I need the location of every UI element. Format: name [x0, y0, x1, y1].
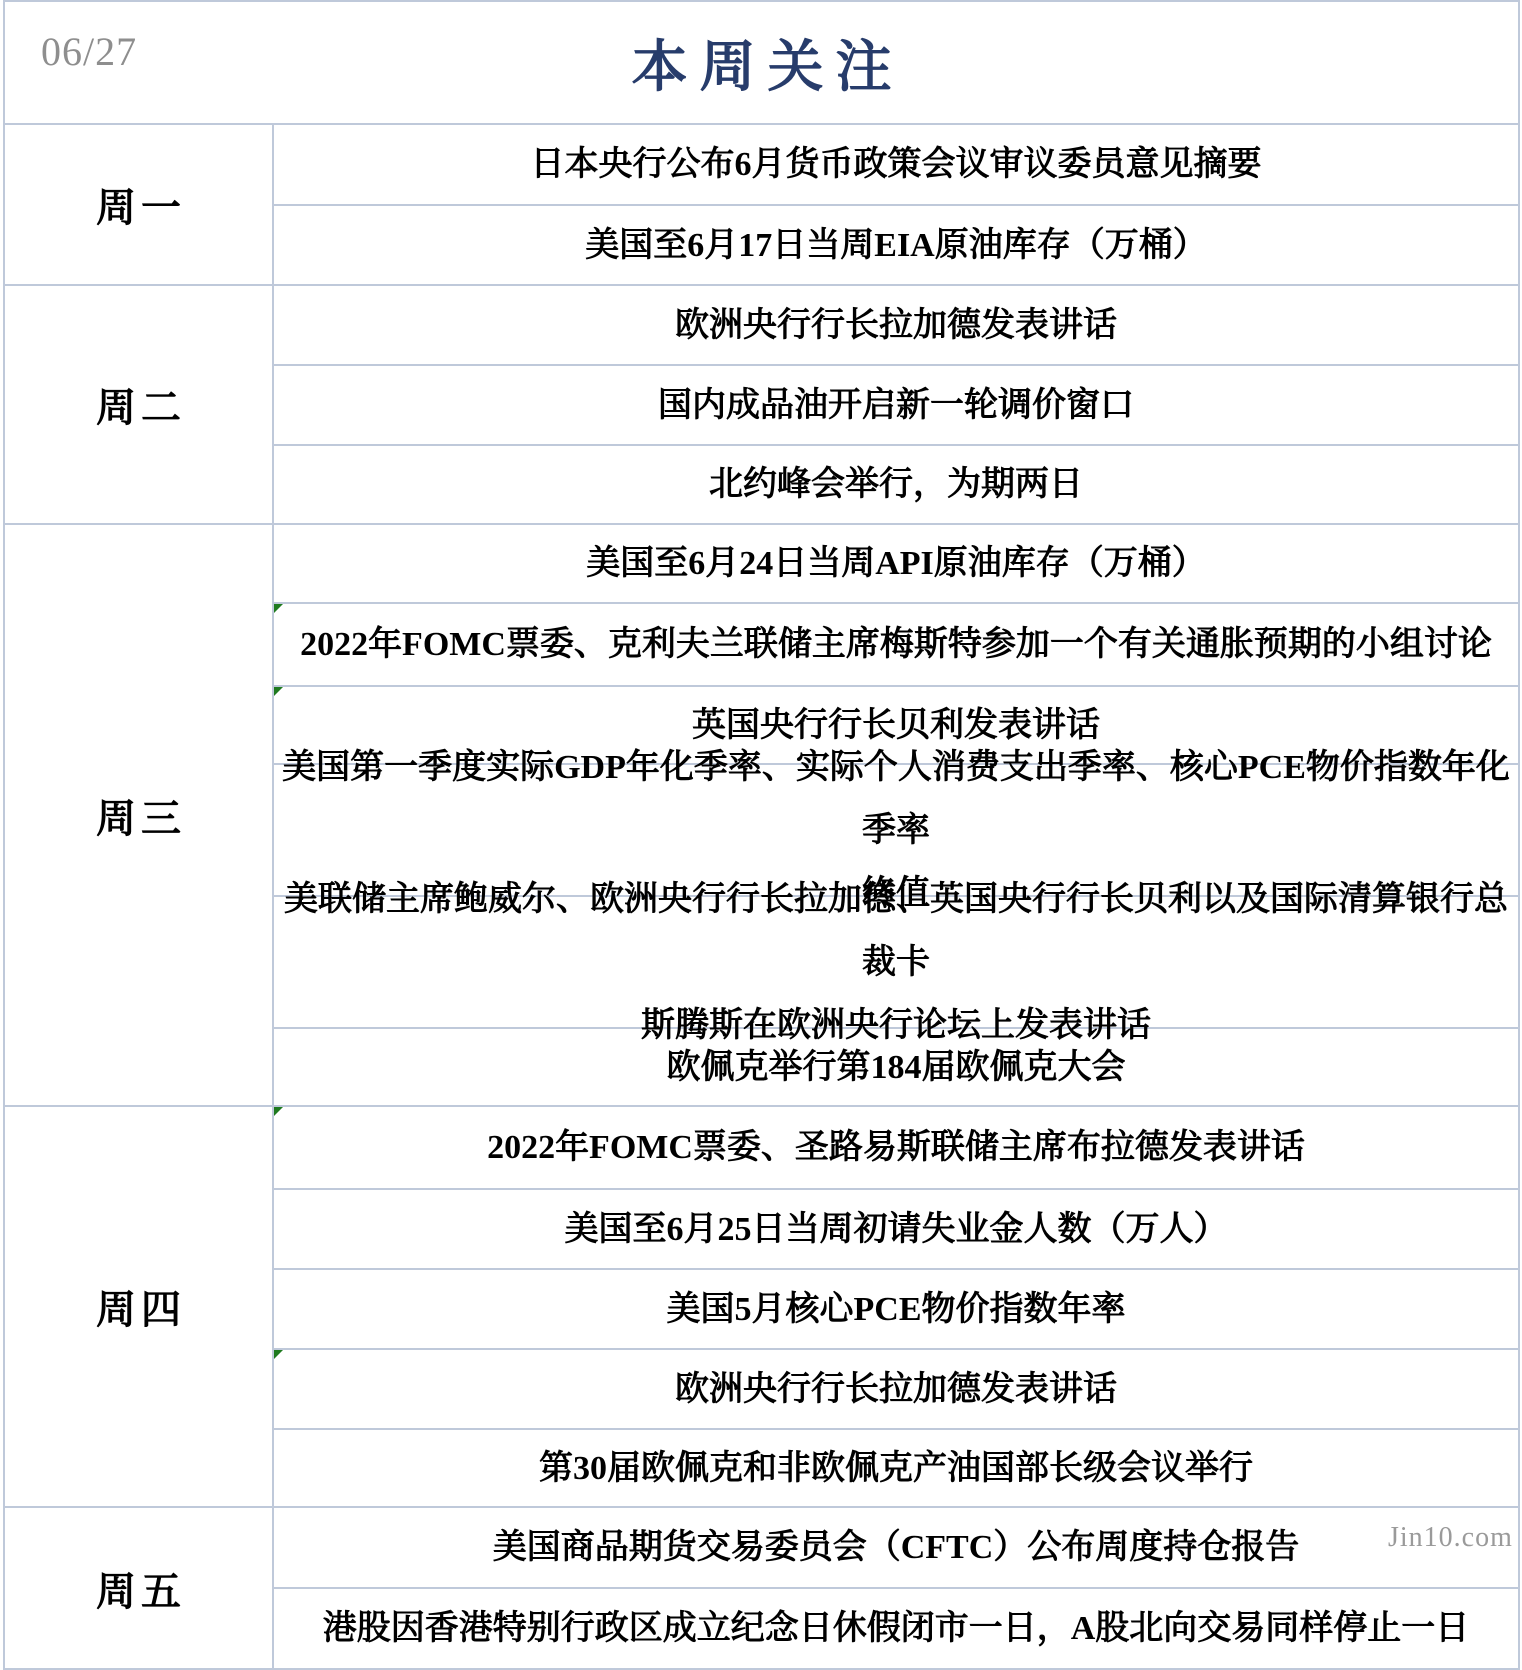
event-cell: 美国商品期货交易委员会（CFTC）公布周度持仓报告 [274, 1508, 1518, 1589]
day-events: 美国商品期货交易委员会（CFTC）公布周度持仓报告港股因香港特别行政区成立纪念日… [274, 1508, 1518, 1668]
event-text: 北约峰会举行，为期两日 [709, 453, 1083, 516]
event-cell: 日本央行公布6月货币政策会议审议委员意见摘要 [274, 125, 1518, 206]
event-text: 2022年FOMC票委、克利夫兰联储主席梅斯特参加一个有关通胀预期的小组讨论 [300, 613, 1492, 676]
day-events: 日本央行公布6月货币政策会议审议委员意见摘要美国至6月17日当周EIA原油库存（… [274, 125, 1518, 284]
event-text: 美国至6月24日当周API原油库存（万桶） [586, 532, 1206, 595]
day-label: 周三 [5, 525, 274, 1105]
event-text: 美国至6月25日当周初请失业金人数（万人） [565, 1198, 1228, 1261]
event-text: 第30届欧佩克和非欧佩克产油国部长级会议举行 [539, 1437, 1253, 1500]
day-row: 周二欧洲央行行长拉加德发表讲话国内成品油开启新一轮调价窗口北约峰会举行，为期两日 [5, 286, 1518, 525]
event-text: 港股因香港特别行政区成立纪念日休假闭市一日，A股北向交易同样停止一日 [323, 1597, 1470, 1660]
event-text: 欧佩克举行第184届欧佩克大会 [667, 1036, 1126, 1099]
comment-marker-icon [274, 687, 283, 696]
event-cell: 第30届欧佩克和非欧佩克产油国部长级会议举行 [274, 1430, 1518, 1506]
event-cell: 美联储主席鲍威尔、欧洲央行行长拉加德、英国央行行长贝利以及国际清算银行总裁卡 斯… [274, 897, 1518, 1029]
event-cell: 美国至6月25日当周初请失业金人数（万人） [274, 1190, 1518, 1270]
date-label: 06/27 [41, 28, 137, 75]
event-cell: 港股因香港特别行政区成立纪念日休假闭市一日，A股北向交易同样停止一日 [274, 1589, 1518, 1668]
table-body: 周一日本央行公布6月货币政策会议审议委员意见摘要美国至6月17日当周EIA原油库… [5, 125, 1518, 1668]
day-label: 周四 [5, 1107, 274, 1506]
event-cell: 美国5月核心PCE物价指数年率 [274, 1270, 1518, 1350]
day-label: 周二 [5, 286, 274, 523]
event-text: 美国商品期货交易委员会（CFTC）公布周度持仓报告 [493, 1516, 1300, 1579]
watermark: Jin10.com [1388, 1522, 1513, 1554]
weekly-focus-table: 06/27 本周关注 周一日本央行公布6月货币政策会议审议委员意见摘要美国至6月… [3, 0, 1520, 1670]
event-text: 美国5月核心PCE物价指数年率 [667, 1278, 1126, 1341]
event-cell: 美国至6月24日当周API原油库存（万桶） [274, 525, 1518, 604]
event-text: 日本央行公布6月货币政策会议审议委员意见摘要 [531, 133, 1262, 196]
day-row: 周一日本央行公布6月货币政策会议审议委员意见摘要美国至6月17日当周EIA原油库… [5, 125, 1518, 286]
comment-marker-icon [274, 1350, 283, 1359]
day-events: 欧洲央行行长拉加德发表讲话国内成品油开启新一轮调价窗口北约峰会举行，为期两日 [274, 286, 1518, 523]
day-events: 2022年FOMC票委、圣路易斯联储主席布拉德发表讲话美国至6月25日当周初请失… [274, 1107, 1518, 1506]
day-events: 美国至6月24日当周API原油库存（万桶）2022年FOMC票委、克利夫兰联储主… [274, 525, 1518, 1105]
event-cell: 国内成品油开启新一轮调价窗口 [274, 366, 1518, 446]
event-text: 美国至6月17日当周EIA原油库存（万桶） [585, 214, 1206, 277]
day-label: 周一 [5, 125, 274, 284]
event-cell: 美国至6月17日当周EIA原油库存（万桶） [274, 206, 1518, 284]
event-cell: 欧佩克举行第184届欧佩克大会 [274, 1029, 1518, 1105]
event-text: 欧洲央行行长拉加德发表讲话 [675, 294, 1117, 357]
event-text: 国内成品油开启新一轮调价窗口 [658, 374, 1134, 437]
event-cell: 欧洲央行行长拉加德发表讲话 [274, 286, 1518, 366]
table-header: 06/27 本周关注 [5, 2, 1518, 125]
day-row: 周四2022年FOMC票委、圣路易斯联储主席布拉德发表讲话美国至6月25日当周初… [5, 1107, 1518, 1508]
page-title: 本周关注 [620, 23, 904, 103]
day-row: 周三美国至6月24日当周API原油库存（万桶）2022年FOMC票委、克利夫兰联… [5, 525, 1518, 1107]
day-label: 周五 [5, 1508, 274, 1668]
event-cell: 2022年FOMC票委、圣路易斯联储主席布拉德发表讲话 [274, 1107, 1518, 1190]
comment-marker-icon [274, 604, 283, 613]
event-cell: 北约峰会举行，为期两日 [274, 446, 1518, 523]
event-cell: 2022年FOMC票委、克利夫兰联储主席梅斯特参加一个有关通胀预期的小组讨论 [274, 604, 1518, 687]
event-text: 2022年FOMC票委、圣路易斯联储主席布拉德发表讲话 [487, 1116, 1305, 1179]
day-row: 周五美国商品期货交易委员会（CFTC）公布周度持仓报告港股因香港特别行政区成立纪… [5, 1508, 1518, 1668]
event-text: 欧洲央行行长拉加德发表讲话 [675, 1358, 1117, 1421]
event-cell: 欧洲央行行长拉加德发表讲话 [274, 1350, 1518, 1430]
comment-marker-icon [274, 1107, 283, 1116]
